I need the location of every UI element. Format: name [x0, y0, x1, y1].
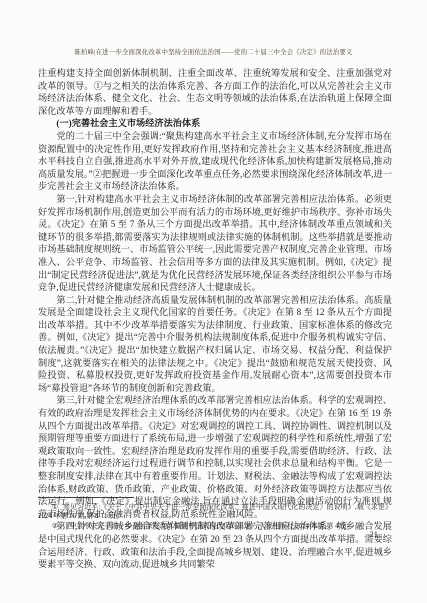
footnote-1-text: 参见习近平:《关于〈中共中央关于进一步全面深化改革、推进中国式现代化的决定〉的说…	[38, 504, 392, 520]
footnote-1: ①参见习近平:《关于〈中共中央关于进一步全面深化改革、推进中国式现代化的决定〉的…	[38, 503, 392, 522]
footnote-2-text: 《中共中央关于进一步全面深化改革 推进中国式现代化的决定》,人民出版社 2024…	[63, 523, 354, 530]
footnote-separator	[38, 497, 134, 498]
footnotes-section: ①参见习近平:《关于〈中共中央关于进一步全面深化改革、推进中国式现代化的决定〉的…	[38, 503, 392, 531]
running-head: 陈柏峰|在进一步全面深化改革中坚持全面依法治国——党的二十届三中全会《决定》的法…	[20, 49, 407, 57]
document-page: 陈柏峰|在进一步全面深化改革中坚持全面依法治国——党的二十届三中全会《决定》的法…	[0, 0, 427, 603]
article-body: 注重构建支持全面创新体制机制、注重全面改革、注重统筹发展和安全、注重加强党对改革…	[38, 67, 392, 571]
paragraph-point-two: 第二,针对健全推动经济高质量发展体制机制的改革部署完善相应法治体系。高质量发展是…	[38, 294, 392, 395]
footnote-2: ②《中共中央关于进一步全面深化改革 推进中国式现代化的决定》,人民出版社 202…	[38, 522, 392, 531]
paragraph-point-one: 第一,针对构建高水平社会主义市场经济体制的改革部署完善相应法治体系。必须更好发挥…	[38, 193, 392, 294]
footnote-2-marker: ②	[52, 523, 58, 530]
section-heading: (一)完善社会主义市场经济法治体系	[38, 117, 392, 130]
footnote-1-marker: ①	[52, 504, 58, 511]
paragraph-point-three: 第三,针对健全宏观经济治理体系的改革部署完善相应法治体系。科学的宏观调控、有效的…	[38, 394, 392, 520]
paragraph-plenum-quote: 党的二十届三中全会强调:“聚焦构建高水平社会主义市场经济体制,充分发挥市场在资源…	[38, 130, 392, 193]
paragraph-continuation: 注重构建支持全面创新体制机制、注重全面改革、注重统筹发展和安全、注重加强党对改革…	[38, 67, 392, 117]
page-number: 21	[370, 529, 379, 539]
